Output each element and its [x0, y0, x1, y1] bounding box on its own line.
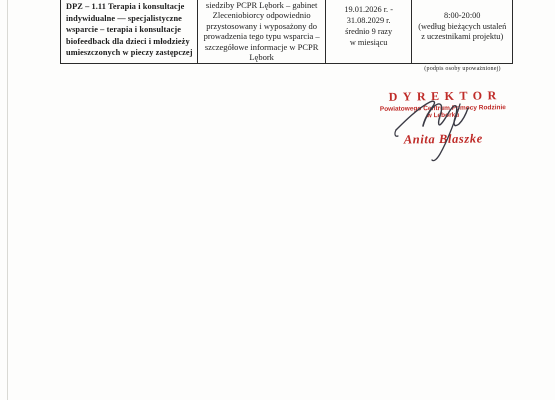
cell-line: z uczestnikami projektu) [412, 32, 512, 43]
director-stamp: DYREKTOR Powiatowego Centrum Pomocy Rodz… [374, 88, 513, 148]
table-cell-dates: 19.01.2026 r. - 31.08.2029 r. średnio 9 … [325, 0, 412, 63]
signature-caption: (podpis osoby upoważnionej) [412, 66, 513, 72]
cell-line: 19.01.2026 r. - [326, 4, 412, 15]
cell-line: Zleceniobiorcy odpowiednio [198, 10, 324, 20]
cell-line: umieszczonych w pieczy zastępczej [66, 47, 194, 59]
cell-line: 8:00-20:00 [412, 11, 512, 22]
cell-line: przystosowany i wyposażony do [198, 21, 324, 31]
cell-line: biofeedback dla dzieci i młodzieży [66, 36, 194, 48]
stamp-signatory-name: Anita Blaszke [374, 131, 512, 148]
cell-line: średnio 9 razy [326, 26, 412, 37]
table-cell-hours: 8:00-20:00 (według bieżących ustaleń z u… [411, 0, 512, 63]
cell-line: wsparcie – terapia i konsultacje [66, 24, 194, 36]
cell-line: Lębork [198, 52, 324, 62]
schedule-table: DPZ – 1.11 Terapia i konsultacje indywid… [60, 0, 513, 64]
stamp-title: DYREKTOR [374, 88, 512, 105]
cell-line: (według bieżących ustaleń [412, 22, 512, 33]
cell-line: DPZ – 1.11 Terapia i konsultacje [66, 1, 194, 13]
cell-line: szczegółowe informacje w PCPR [198, 42, 324, 52]
cell-line: indywidualne — specjalistyczne [66, 13, 194, 25]
table-cell-location: siedziby PCPR Lębork – gabinet Zleceniob… [197, 0, 324, 63]
cell-line: prowadzenia tego typu wsparcia – [198, 31, 324, 41]
scan-edge-artifact [7, 0, 8, 400]
cell-line: siedziby PCPR Lębork – gabinet [198, 0, 324, 10]
scanned-document-page: DPZ – 1.11 Terapia i konsultacje indywid… [0, 0, 555, 400]
table-cell-service-description: DPZ – 1.11 Terapia i konsultacje indywid… [61, 0, 197, 63]
cell-line: 31.08.2029 r. [326, 15, 412, 26]
cell-line: w miesiącu [326, 37, 412, 48]
